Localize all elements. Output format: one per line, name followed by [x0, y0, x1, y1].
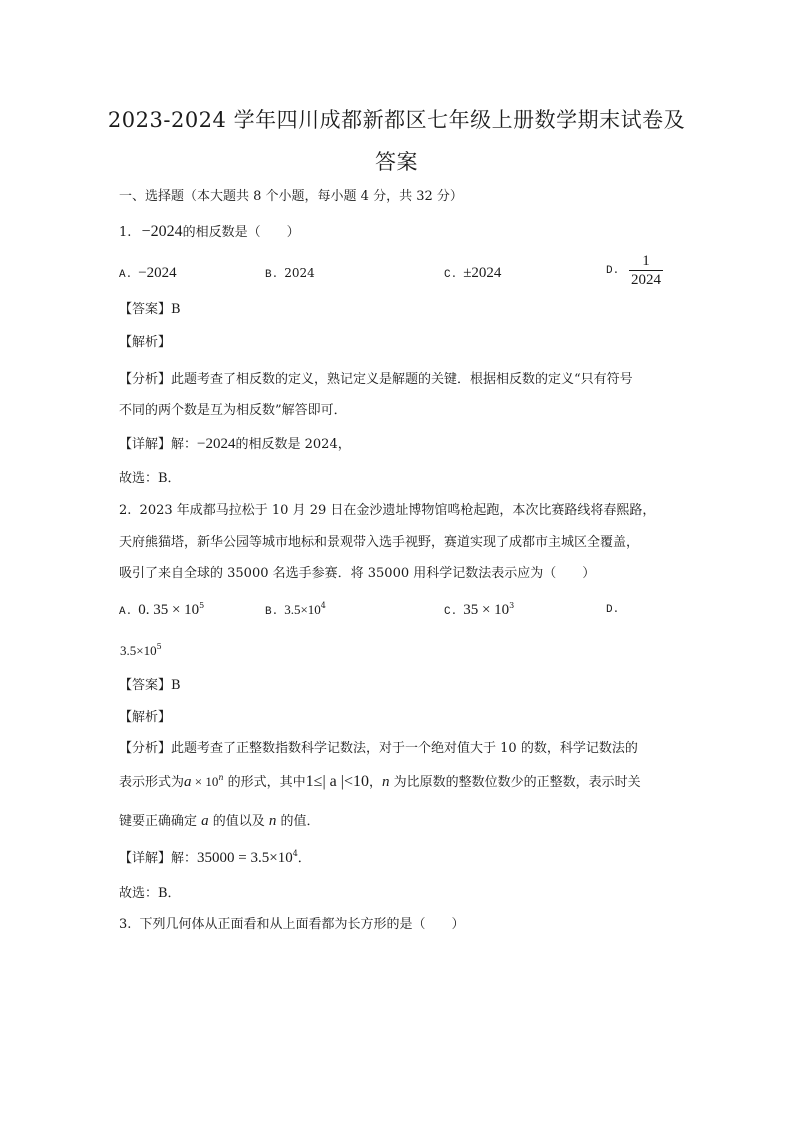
- question-1-option-d: D. 1 2024: [606, 252, 663, 289]
- question-2-option-b: B.3.5×104: [265, 601, 326, 621]
- detail-math: −2024: [197, 436, 235, 452]
- detail-math-base: 35000 = 3.5×10: [197, 850, 293, 866]
- fenxi-text: 的值．: [276, 814, 319, 829]
- fenxi-text: ，: [369, 775, 382, 790]
- option-label: A.: [119, 269, 132, 281]
- question-2-stem-line1: 2. 2023 年成都马拉松于 10 月 29 日在金沙遗址博物馆鸣枪起跑，本次…: [119, 502, 655, 520]
- question-2-number: 2.: [119, 503, 131, 518]
- detail-suffix: ．: [298, 851, 311, 866]
- option-label: B.: [265, 606, 278, 618]
- option-value: −2024: [138, 265, 176, 281]
- question-2-fenxi-line1: 【分析】此题考查了正整数指数科学记数法，对于一个绝对值大于 10 的数，科学记数…: [119, 740, 638, 758]
- math-inequality: 1≤| a |<10: [306, 773, 369, 790]
- question-1-number: 1.: [119, 225, 131, 240]
- answer-label: 【答案】: [119, 302, 171, 317]
- option-label: B.: [265, 269, 278, 281]
- document-page: 2023-2024 学年四川成都新都区七年级上册数学期末试卷及 答案 一、选择题…: [0, 0, 793, 1122]
- document-title-line2: 答案: [100, 146, 693, 176]
- question-1-choice: 故选：B．: [119, 470, 181, 488]
- question-2-option-d-label: D.: [606, 599, 625, 619]
- option-value-base: 35 × 10: [463, 602, 509, 618]
- question-2-fenxi-line2: 表示形式为a × 10n 的形式，其中1≤| a |<10，n 为比原数的整数位…: [119, 773, 641, 792]
- answer-label: 【答案】: [119, 678, 171, 693]
- option-value-exponent: 5: [157, 642, 162, 651]
- question-2-analysis-label: 【解析】: [119, 709, 171, 727]
- fraction-denominator: 2024: [629, 270, 663, 289]
- question-2-option-a: A.0. 35 × 105: [119, 601, 204, 621]
- option-value-base: 3.5×10: [284, 602, 321, 617]
- question-1-detail: 【详解】解：−2024的相反数是 2024，: [119, 435, 351, 454]
- fenxi-label: 【分析】: [119, 741, 171, 756]
- fraction-numerator: 1: [629, 252, 663, 270]
- option-value: ±2024: [463, 265, 501, 281]
- fenxi-text: 表示形式为: [119, 775, 184, 790]
- math-var-a: a: [201, 813, 209, 829]
- question-2-stem-text: 2023 年成都马拉松于 10 月 29 日在金沙遗址博物馆鸣枪起跑，本次比赛路…: [140, 503, 656, 518]
- option-label: D.: [606, 604, 619, 616]
- question-2-option-c: C.35 × 103: [444, 601, 514, 621]
- fenxi-text: 的值以及: [209, 814, 269, 829]
- option-label: C.: [444, 269, 457, 281]
- fenxi-text: 为比原数的整数位数少的正整数，表示时关: [389, 775, 640, 790]
- question-1-analysis-label: 【解析】: [119, 334, 171, 352]
- question-2-stem-line2: 天府熊猫塔，新华公园等城市地标和景观带入选手视野，赛道实现了成都市主城区全覆盖，: [119, 534, 639, 552]
- detail-prefix: 解：: [171, 851, 197, 866]
- math-var-a: a: [184, 774, 192, 790]
- option-value-exponent: 3: [509, 601, 514, 610]
- document-title-line1: 2023-2024 学年四川成都新都区七年级上册数学期末试卷及: [100, 104, 693, 134]
- section-heading: 一、选择题（本大题共 8 个小题，每小题 4 分，共 32 分）: [119, 188, 463, 206]
- detail-prefix: 解：: [171, 437, 197, 452]
- fenxi-text: 键要正确确定: [119, 814, 201, 829]
- option-label: D.: [606, 265, 619, 277]
- fenxi-text: 此题考查了正整数指数科学记数法，对于一个绝对值大于 10 的数，科学记数法的: [171, 741, 638, 756]
- question-3-stem: 3. 下列几何体从正面看和从上面看都为长方形的是（ ）: [119, 916, 465, 934]
- question-1-fenxi-line1: 【分析】此题考查了相反数的定义，熟记定义是解题的关键．根据相反数的定义“只有符号: [119, 371, 633, 389]
- math-times-ten: × 10: [192, 774, 219, 789]
- detail-label: 【详解】: [119, 851, 171, 866]
- option-label: C.: [444, 606, 457, 618]
- fraction: 1 2024: [629, 252, 663, 289]
- fenxi-text: 此题考查了相反数的定义，熟记定义是解题的关键．根据相反数的定义“只有符号: [171, 372, 633, 387]
- option-value-exponent: 4: [321, 601, 326, 610]
- fenxi-label: 【分析】: [119, 372, 171, 387]
- question-1-option-a: A.−2024: [119, 264, 177, 284]
- question-1-stem-text: 的相反数是（ ）: [183, 225, 300, 240]
- question-1-fenxi-line2: 不同的两个数是互为相反数”解答即可．: [119, 402, 347, 420]
- option-label: A.: [119, 606, 132, 618]
- detail-label: 【详解】: [119, 437, 171, 452]
- option-value-base: 3.5×10: [120, 643, 157, 658]
- question-1-option-b: B.2024: [265, 264, 315, 284]
- question-2-option-d-value: 3.5×105: [120, 642, 162, 660]
- question-1-stem-math: −2024: [142, 223, 183, 240]
- question-1-answer: 【答案】B: [119, 301, 181, 319]
- question-2-stem-line3: 吸引了来自全球的 35000 名选手参赛．将 35000 用科学记数法表示应为（…: [119, 565, 595, 583]
- question-3-number: 3.: [119, 917, 131, 932]
- question-1-stem: 1. −2024的相反数是（ ）: [119, 223, 300, 242]
- question-2-choice: 故选：B．: [119, 885, 181, 903]
- question-1-option-c: C.±2024: [444, 264, 501, 284]
- question-2-detail: 【详解】解：35000 = 3.5×104．: [119, 849, 311, 868]
- fenxi-text: 的形式，其中: [224, 775, 306, 790]
- option-value-base: 0. 35 × 10: [138, 602, 199, 618]
- question-2-fenxi-line3: 键要正确确定 a 的值以及 n 的值．: [119, 812, 320, 831]
- detail-text: 的相反数是 2024，: [236, 437, 351, 452]
- option-value: 2024: [284, 266, 315, 280]
- question-3-stem-text: 下列几何体从正面看和从上面看都为长方形的是（ ）: [140, 917, 465, 932]
- option-value-exponent: 5: [199, 601, 204, 610]
- answer-value: B: [171, 678, 181, 693]
- question-2-answer: 【答案】B: [119, 677, 181, 695]
- answer-value: B: [171, 302, 181, 317]
